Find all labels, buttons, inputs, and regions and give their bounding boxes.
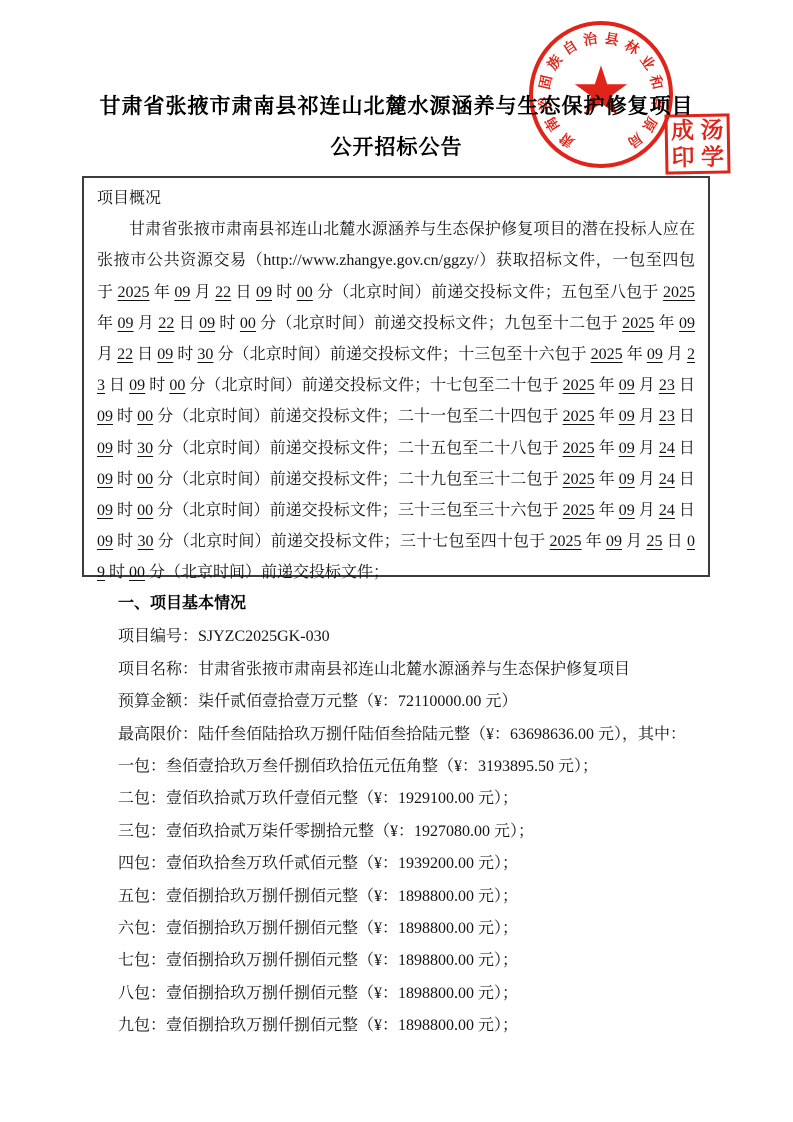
section-basic-info: 一、项目基本情况 项目编号：SJYZC2025GK-030项目名称：甘肃省张掖市… <box>118 588 718 1043</box>
detail-line: 七包：壹佰捌拾玖万捌仟捌佰元整（¥：1898800.00 元）； <box>118 945 718 977</box>
detail-line: 项目编号：SJYZC2025GK-030 <box>118 621 718 653</box>
announcement-page: 甘肃省张掖市肃南县祁连山北麓水源涵养与生态保护修复项目 公开招标公告 肃南裕固族… <box>0 0 793 1122</box>
overview-label: 项目概况 <box>97 183 695 214</box>
detail-line: 六包：壹佰捌拾玖万捌仟捌佰元整（¥：1898800.00 元）； <box>118 913 718 945</box>
detail-line: 八包：壹佰捌拾玖万捌仟捌佰元整（¥：1898800.00 元）； <box>118 978 718 1010</box>
project-overview-box: 项目概况 甘肃省张掖市肃南县祁连山北麓水源涵养与生态保护修复项目的潜在投标人应在… <box>82 176 710 577</box>
detail-line: 四包：壹佰玖拾叁万玖仟贰佰元整（¥：1939200.00 元）； <box>118 848 718 880</box>
detail-line: 九包：壹佰捌拾玖万捌仟捌佰元整（¥：1898800.00 元）； <box>118 1010 718 1042</box>
detail-line: 二包：壹佰玖拾贰万玖仟壹佰元整（¥：1929100.00 元）； <box>118 783 718 815</box>
section-detail-lines: 项目编号：SJYZC2025GK-030项目名称：甘肃省张掖市肃南县祁连山北麓水… <box>118 621 718 1042</box>
detail-line: 预算金额：柒仟贰佰壹拾壹万元整（¥：72110000.00 元） <box>118 686 718 718</box>
detail-line: 一包：叁佰壹拾玖万叁仟捌佰玖拾伍元伍角整（¥：3193895.50 元）； <box>118 751 718 783</box>
detail-line: 最高限价：陆仟叁佰陆拾玖万捌仟陆佰叁拾陆元整（¥：63698636.00 元），… <box>118 719 718 751</box>
detail-line: 五包：壹佰捌拾玖万捌仟捌佰元整（¥：1898800.00 元）； <box>118 881 718 913</box>
section-heading: 一、项目基本情况 <box>118 588 718 620</box>
document-title: 甘肃省张掖市肃南县祁连山北麓水源涵养与生态保护修复项目 公开招标公告 <box>0 86 793 168</box>
detail-line: 项目名称：甘肃省张掖市肃南县祁连山北麓水源涵养与生态保护修复项目 <box>118 654 718 686</box>
document-title-line1: 甘肃省张掖市肃南县祁连山北麓水源涵养与生态保护修复项目 <box>0 86 793 127</box>
detail-line: 三包：壹佰玖拾贰万柒仟零捌拾元整（¥：1927080.00 元）； <box>118 816 718 848</box>
overview-paragraph: 甘肃省张掖市肃南县祁连山北麓水源涵养与生态保护修复项目的潜在投标人应在张掖市公共… <box>97 214 695 588</box>
document-title-line2: 公开招标公告 <box>0 127 793 168</box>
